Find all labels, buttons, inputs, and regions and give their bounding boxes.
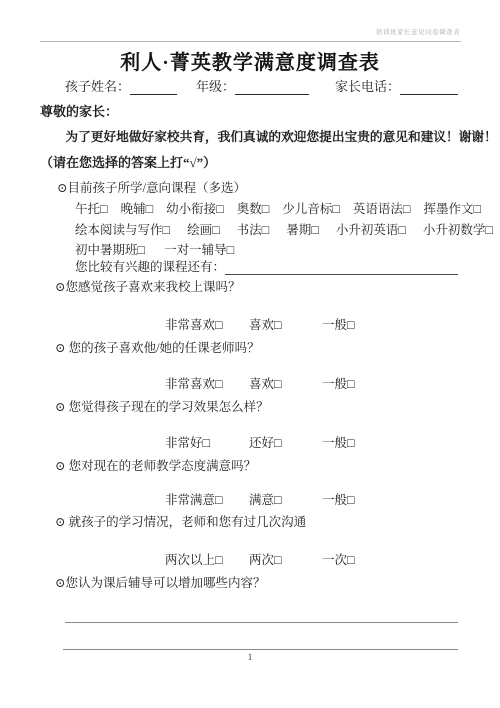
- option-label: 一般: [322, 493, 347, 507]
- interest-row: 您比较有兴趣的课程还有：: [75, 257, 458, 275]
- question-text: 您对现在的老师教学态度满意吗？: [65, 459, 256, 473]
- option-label: 非常喜欢: [165, 318, 215, 332]
- course-label: 小升初数学: [423, 223, 486, 237]
- option-label: 两次以上: [165, 553, 215, 567]
- option: 一般□: [322, 490, 355, 508]
- greeting-text: 尊敬的家长：: [40, 101, 118, 120]
- checkbox-icon[interactable]: □: [311, 223, 319, 237]
- grade-label: 年级：: [196, 76, 235, 95]
- course-item: 暑期□: [286, 220, 319, 238]
- course-label: 小升初英语: [336, 223, 399, 237]
- option: 非常好□: [165, 433, 210, 451]
- option: 两次□: [249, 550, 282, 568]
- course-item: 小升初数学□: [423, 220, 493, 238]
- bullet-icon: ⊙: [55, 400, 65, 414]
- option-label: 满意: [249, 493, 274, 507]
- question-5-options: 两次以上□ 两次□ 一次□: [0, 550, 500, 566]
- option-label: 一般: [322, 436, 347, 450]
- question-5: ⊙ 就孩子的学习情况，老师和您有过几次沟通: [55, 512, 306, 530]
- course-item: 一对一辅导□: [164, 240, 234, 258]
- student-name-label: 孩子姓名：: [65, 76, 130, 95]
- watermark-text: 培训班家长意见问卷调查表: [376, 27, 460, 36]
- checkbox-icon[interactable]: □: [216, 202, 224, 216]
- course-item: 午托□: [75, 199, 108, 217]
- courses-heading-label: 目前孩子所学/意向课程（多选）: [67, 181, 245, 195]
- option-label: 非常满意: [165, 493, 215, 507]
- checkbox-icon[interactable]: □: [215, 553, 223, 567]
- question-3-options: 非常好□ 还好□ 一般□: [0, 433, 500, 449]
- parent-phone-blank[interactable]: [400, 82, 458, 95]
- question-text: 您认为课后辅导可以增加哪些内容？: [65, 576, 265, 590]
- course-label: 一对一辅导: [164, 243, 227, 257]
- question-text: 您的孩子喜欢他/她的任课老师吗？: [65, 341, 259, 355]
- option: 非常喜欢□: [165, 315, 223, 333]
- option-label: 非常喜欢: [165, 377, 215, 391]
- course-item: 挥墨作文□: [423, 199, 481, 217]
- grade-blank[interactable]: [235, 82, 309, 95]
- parent-phone-label: 家长电话：: [335, 76, 400, 95]
- checkbox-icon[interactable]: □: [347, 377, 355, 391]
- course-item: 少儿音标□: [282, 199, 340, 217]
- option-label: 还好: [249, 436, 274, 450]
- course-item: 绘本阅读与写作□: [75, 220, 170, 238]
- option-label: 一次: [322, 553, 347, 567]
- checkbox-icon[interactable]: □: [203, 436, 211, 450]
- checkbox-icon[interactable]: □: [274, 377, 282, 391]
- course-label: 书法: [237, 223, 262, 237]
- question-1-options: 非常喜欢□ 喜欢□ 一般□: [0, 315, 500, 331]
- course-label: 幼小衔接: [166, 202, 216, 216]
- bullet-icon: ⊙: [55, 341, 65, 355]
- course-item: 小升初英语□: [336, 220, 406, 238]
- checkbox-icon[interactable]: □: [347, 553, 355, 567]
- checkbox-icon[interactable]: □: [215, 493, 223, 507]
- question-4-options: 非常满意□ 满意□ 一般□: [0, 490, 500, 506]
- question-4: ⊙ 您对现在的老师教学态度满意吗？: [55, 456, 256, 474]
- course-row-2: 绘本阅读与写作□ 绘画□ 书法□ 暑期□ 小升初英语□ 小升初数学□: [75, 220, 493, 238]
- student-name-blank[interactable]: [130, 82, 177, 95]
- course-label: 英语语法: [353, 202, 403, 216]
- option: 一次□: [322, 550, 355, 568]
- option: 非常喜欢□: [165, 374, 223, 392]
- course-label: 初中暑期班: [75, 243, 138, 257]
- checkbox-icon[interactable]: □: [332, 202, 340, 216]
- question-2-options: 非常喜欢□ 喜欢□ 一般□: [0, 374, 500, 390]
- checkbox-icon[interactable]: □: [403, 202, 411, 216]
- question-2: ⊙ 您的孩子喜欢他/她的任课老师吗？: [55, 338, 260, 356]
- checkbox-icon[interactable]: □: [146, 202, 154, 216]
- checkbox-icon[interactable]: □: [262, 202, 270, 216]
- checkbox-icon[interactable]: □: [274, 553, 282, 567]
- checkbox-icon[interactable]: □: [163, 223, 171, 237]
- course-label: 绘画: [187, 223, 212, 237]
- checkbox-icon[interactable]: □: [485, 223, 493, 237]
- option: 两次以上□: [165, 550, 223, 568]
- option: 非常满意□: [165, 490, 223, 508]
- checkbox-icon[interactable]: □: [212, 223, 220, 237]
- option-label: 喜欢: [249, 377, 274, 391]
- option: 喜欢□: [249, 315, 282, 333]
- answer-blank-line[interactable]: [65, 622, 458, 623]
- bullet-icon: ⊙: [55, 576, 65, 590]
- option: 喜欢□: [249, 374, 282, 392]
- bullet-icon: ⊙: [55, 459, 65, 473]
- option-label: 非常好: [165, 436, 203, 450]
- course-label: 绘本阅读与写作: [75, 223, 163, 237]
- option-label: 喜欢: [249, 318, 274, 332]
- option-label: 一般: [322, 318, 347, 332]
- course-item: 奥数□: [237, 199, 270, 217]
- checkbox-icon[interactable]: □: [347, 493, 355, 507]
- course-label: 晚辅: [121, 202, 146, 216]
- option: 一般□: [322, 315, 355, 333]
- checkbox-icon[interactable]: □: [227, 243, 235, 257]
- interest-label: 您比较有兴趣的课程还有：: [75, 257, 225, 275]
- bullet-icon: ⊙: [55, 515, 65, 529]
- course-row-3: 初中暑期班□ 一对一辅导□: [75, 240, 234, 258]
- bullet-icon: ⊙: [55, 280, 65, 294]
- option-label: 一般: [322, 377, 347, 391]
- page-number: 1: [0, 652, 500, 662]
- course-item: 绘画□: [187, 220, 220, 238]
- course-item: 初中暑期班□: [75, 240, 145, 258]
- page-title: 利人·菁英教学满意度调查表: [0, 46, 500, 75]
- option: 一般□: [322, 374, 355, 392]
- intro-message: 为了更好地做好家校共育，我们真诚的欢迎您提出宝贵的意见和建议！谢谢！: [40, 126, 497, 145]
- question-text: 就孩子的学习情况，老师和您有过几次沟通: [65, 515, 306, 529]
- checkbox-icon[interactable]: □: [100, 202, 108, 216]
- course-label: 奥数: [237, 202, 262, 216]
- header-divider: [40, 41, 461, 42]
- interest-blank-line[interactable]: [225, 261, 458, 275]
- checkbox-icon[interactable]: □: [274, 318, 282, 332]
- question-1: ⊙您感觉孩子喜欢来我校上课吗？: [55, 277, 241, 295]
- course-item: 幼小衔接□: [166, 199, 224, 217]
- question-text: 您感觉孩子喜欢来我校上课吗？: [65, 280, 240, 294]
- checkbox-icon[interactable]: □: [274, 436, 282, 450]
- footer-divider: [63, 649, 458, 650]
- checkbox-icon[interactable]: □: [473, 202, 481, 216]
- checkbox-icon[interactable]: □: [347, 436, 355, 450]
- checkbox-icon[interactable]: □: [274, 493, 282, 507]
- checkbox-icon[interactable]: □: [215, 318, 223, 332]
- checkbox-icon[interactable]: □: [398, 223, 406, 237]
- question-6: ⊙您认为课后辅导可以增加哪些内容？: [55, 573, 266, 591]
- course-label: 午托: [75, 202, 100, 216]
- course-item: 晚辅□: [121, 199, 154, 217]
- course-item: 书法□: [237, 220, 270, 238]
- course-label: 暑期: [286, 223, 311, 237]
- checkbox-icon[interactable]: □: [215, 377, 223, 391]
- checkbox-icon[interactable]: □: [138, 243, 146, 257]
- course-row-1: 午托□ 晚辅□ 幼小衔接□ 奥数□ 少儿音标□ 英语语法□ 挥墨作文□: [75, 199, 481, 217]
- question-text: 您觉得孩子现在的学习效果怎么样？: [65, 400, 268, 414]
- option: 一般□: [322, 433, 355, 451]
- courses-heading: ⊙目前孩子所学/意向课程（多选）: [57, 178, 246, 196]
- question-3: ⊙ 您觉得孩子现在的学习效果怎么样？: [55, 397, 269, 415]
- course-label: 挥墨作文: [423, 202, 473, 216]
- option: 满意□: [249, 490, 282, 508]
- option-label: 两次: [249, 553, 274, 567]
- checkbox-icon[interactable]: □: [347, 318, 355, 332]
- course-label: 少儿音标: [282, 202, 332, 216]
- option: 还好□: [249, 433, 282, 451]
- survey-document: 培训班家长意见问卷调查表 利人·菁英教学满意度调查表 孩子姓名：年级：家长电话：…: [0, 0, 500, 708]
- checkbox-icon[interactable]: □: [262, 223, 270, 237]
- instruction-text: （请在您选择的答案上打“√”）: [40, 152, 216, 171]
- bullet-icon: ⊙: [57, 181, 67, 195]
- course-item: 英语语法□: [353, 199, 411, 217]
- student-info-row: 孩子姓名：年级：家长电话：: [65, 76, 458, 95]
